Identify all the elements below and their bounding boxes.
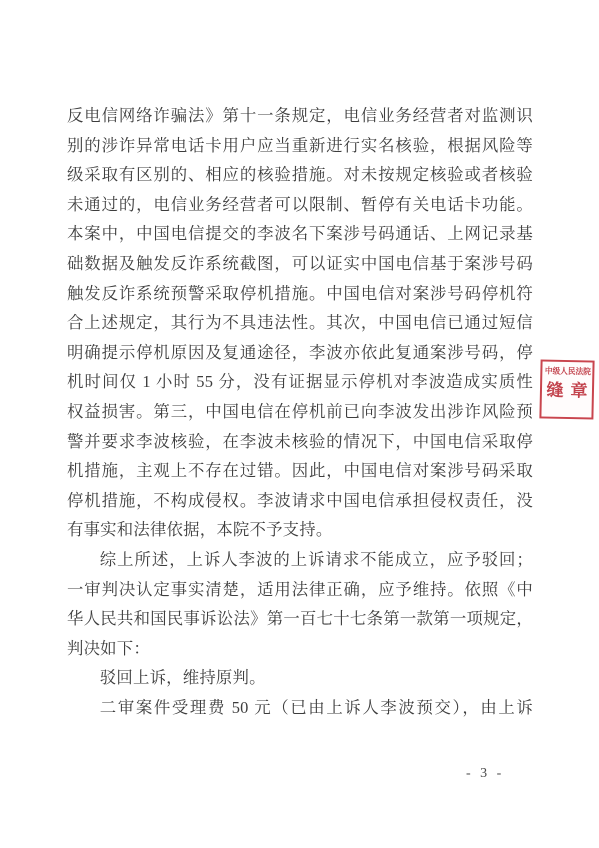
text-line: 驳回上诉，维持原判。 [67, 663, 533, 693]
text-line: 华人民共和国民事诉讼法》第一百七十七条第一款第一项规定， [67, 604, 533, 634]
text-line: 停机措施，不构成侵权。李波请求中国电信承担侵权责任，没 [67, 486, 533, 516]
text-line: 反电信网络诈骗法》第十一条规定，电信业务经营者对监测识 [67, 101, 533, 131]
text-line: 触发反诈系统预警采取停机措施。中国电信对案涉号码停机符 [67, 279, 533, 309]
court-seam-stamp: 中级人民法院 缝章 [539, 359, 594, 419]
text-line: 未通过的，电信业务经营者可以限制、暂停有关电话卡功能。 [67, 190, 533, 220]
stamp-court-name: 中级人民法院 [544, 366, 590, 378]
text-line: 警并要求李波核验，在李波未核验的情况下，中国电信采取停 [67, 427, 533, 457]
text-line: 本案中，中国电信提交的李波名下案涉号码通话、上网记录基 [67, 219, 533, 249]
text-line: 机时间仅 1 小时 55 分，没有证据显示停机对李波造成实质性 [67, 367, 533, 397]
stamp-seal-text: 缝章 [539, 379, 594, 402]
text-line: 一审判决认定事实清楚，适用法律正确，应予维持。依照《中 [67, 575, 533, 605]
text-line: 综上所述，上诉人李波的上诉请求不能成立，应予驳回； [67, 545, 533, 575]
text-line: 判决如下： [67, 634, 533, 664]
page-number: - 3 - [466, 766, 504, 782]
text-line: 二审案件受理费 50 元（已由上诉人李波预交），由上诉 [67, 693, 533, 723]
text-line: 合上述规定，其行为不具违法性。其次，中国电信已通过短信 [67, 308, 533, 338]
text-line: 别的涉诈异常电话卡用户应当重新进行实名核验，根据风险等 [67, 131, 533, 161]
text-line: 权益损害。第三，中国电信在停机前已向李波发出涉诈风险预 [67, 397, 533, 427]
text-line: 级采取有区别的、相应的核验措施。对未按规定核验或者核验 [67, 160, 533, 190]
document-page: 反电信网络诈骗法》第十一条规定，电信业务经营者对监测识别的涉诈异常电话卡用户应当… [0, 0, 599, 848]
text-line: 明确提示停机原因及复通途径，李波亦依此复通案涉号码，停 [67, 338, 533, 368]
text-line: 机措施，主观上不存在过错。因此，中国电信对案涉号码采取 [67, 456, 533, 486]
text-line: 础数据及触发反诈系统截图，可以证实中国电信基于案涉号码 [67, 249, 533, 279]
judgment-body: 反电信网络诈骗法》第十一条规定，电信业务经营者对监测识别的涉诈异常电话卡用户应当… [67, 101, 533, 722]
text-line: 有事实和法律依据，本院不予支持。 [67, 515, 533, 545]
